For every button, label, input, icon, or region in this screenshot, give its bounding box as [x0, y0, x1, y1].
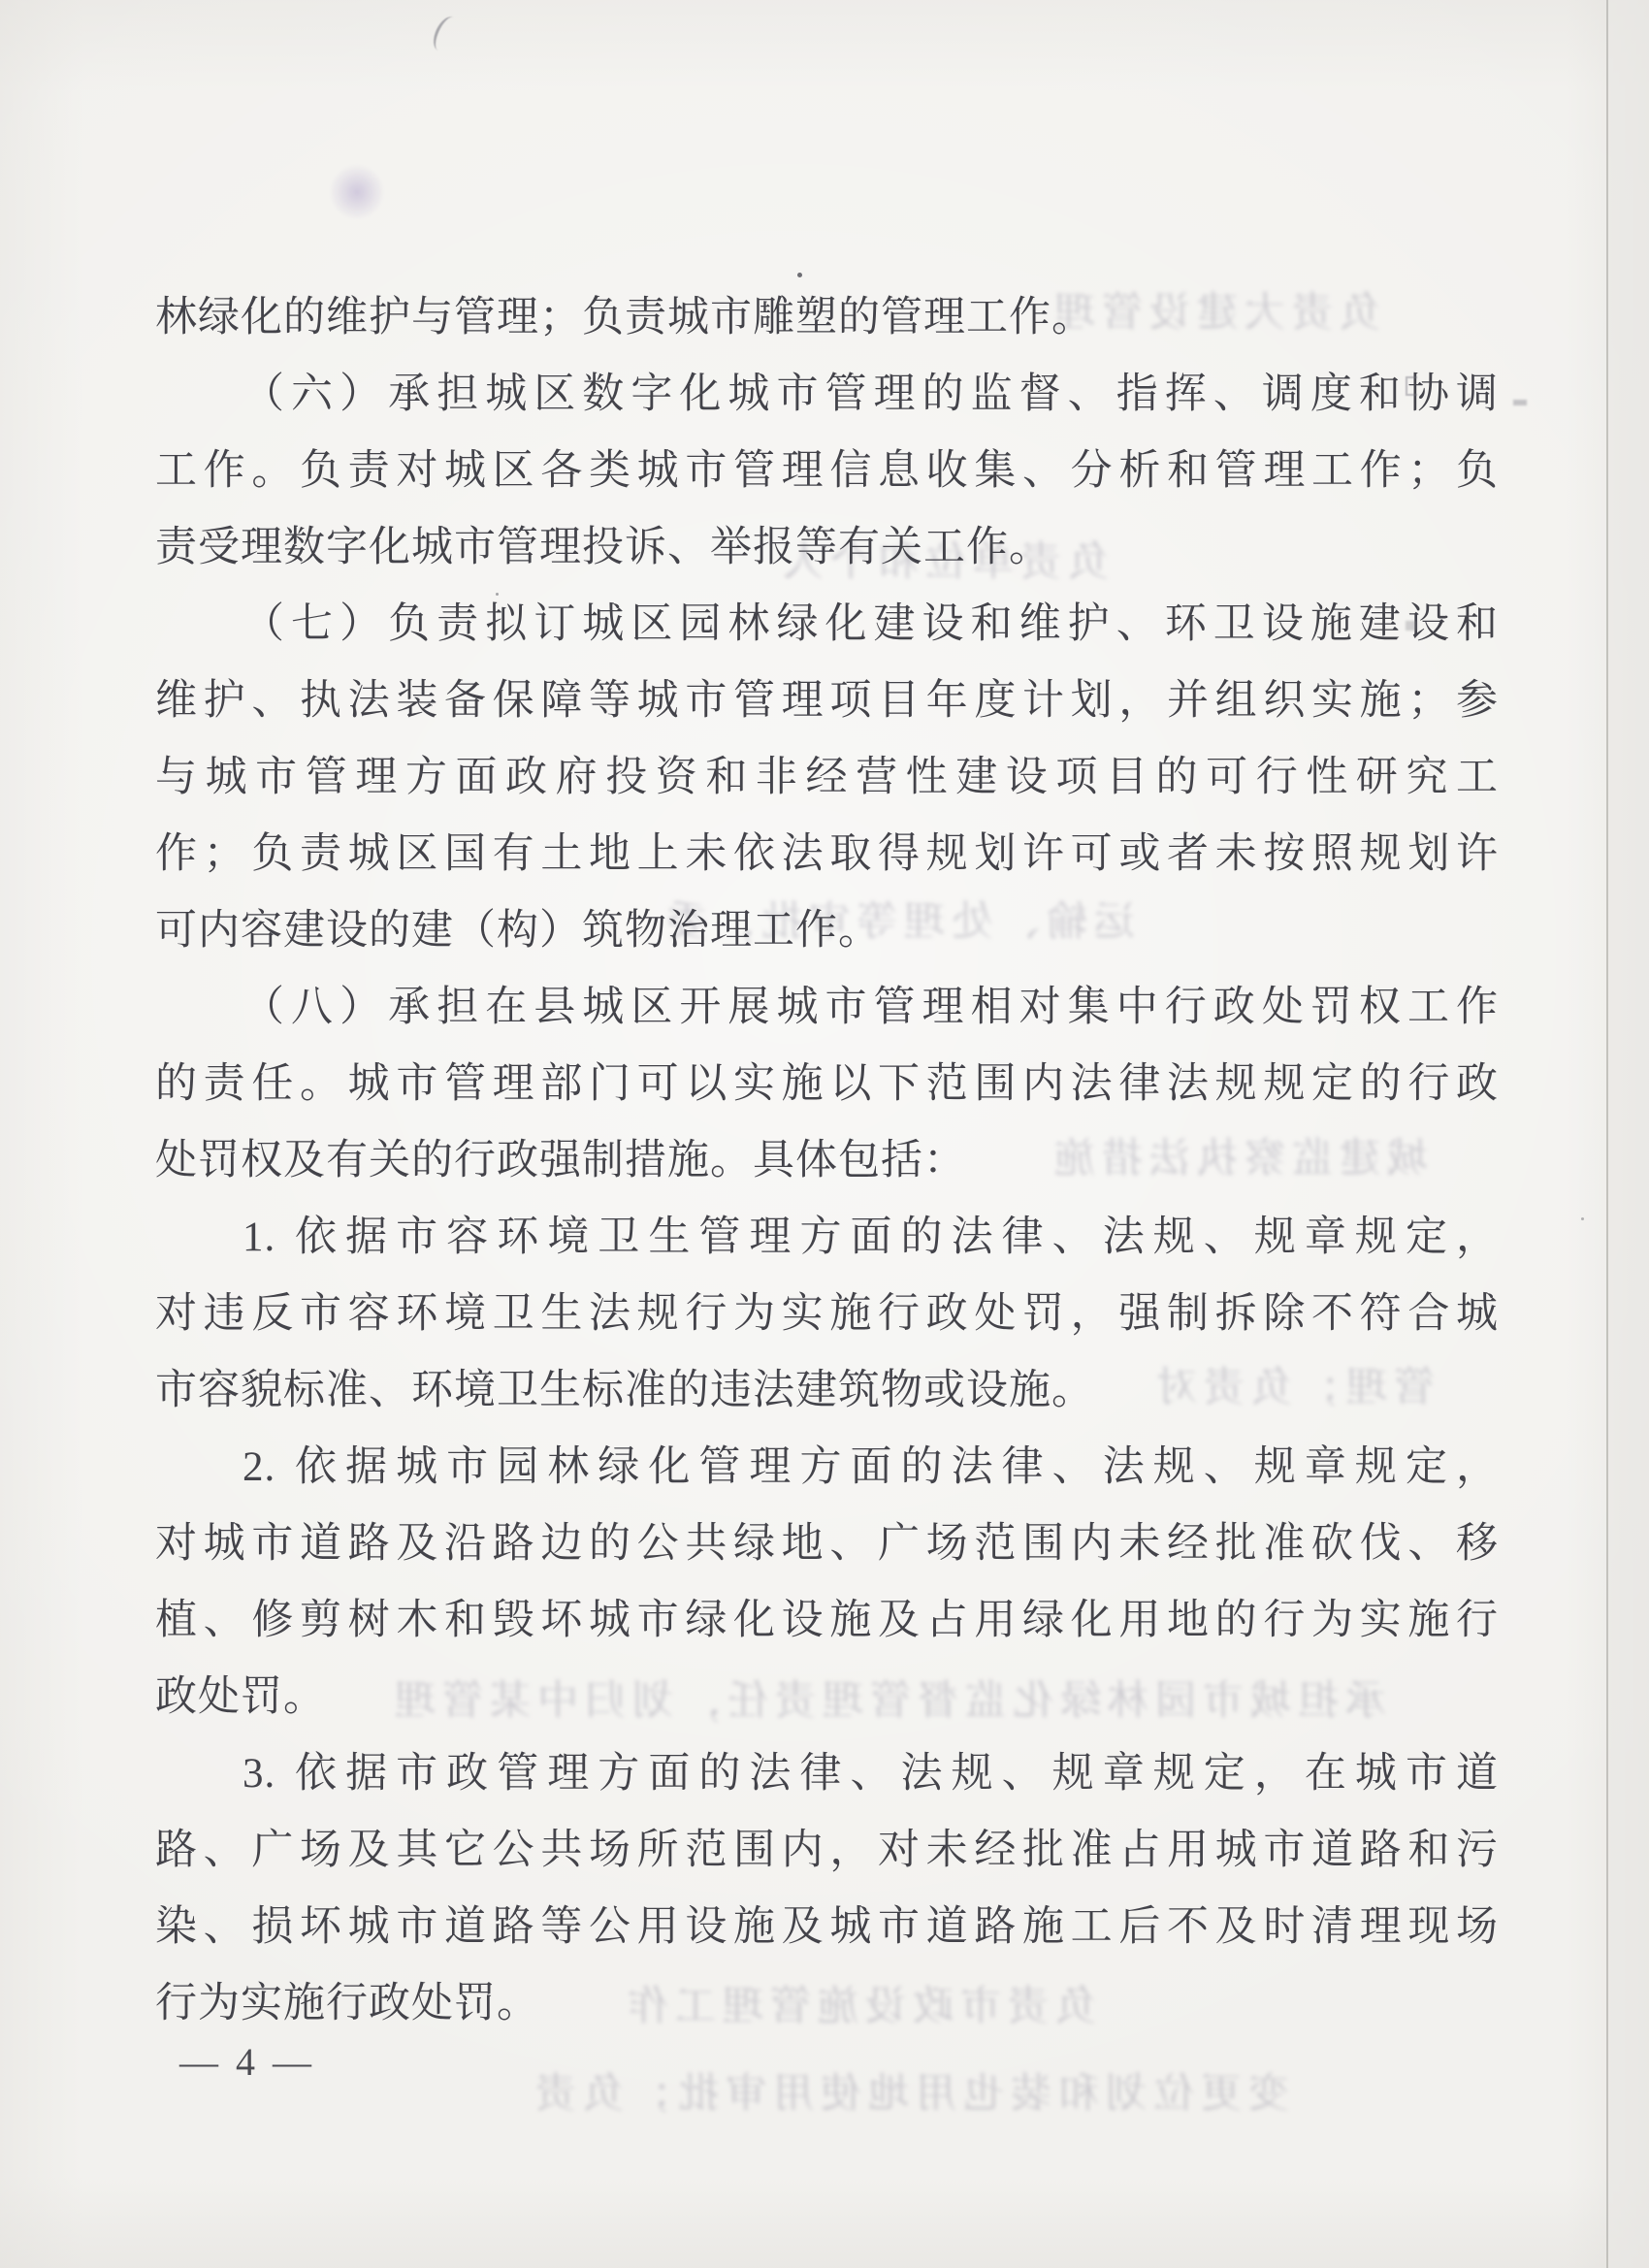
text-line: 植、修剪树木和毁坏城市绿化设施及占用绿化用地的行为实施行 — [155, 1582, 1499, 1659]
text-line: 作；负责城区国有土地上未依法取得规划许可或者未按照规划许 — [155, 816, 1499, 892]
text-line: 市容貌标准、环境卫生标准的违法建筑物或设施。 — [155, 1352, 1499, 1429]
text-line: （八）承担在县城区开展城市管理相对集中行政处罚权工作 — [155, 969, 1499, 1046]
text-line: 与城市管理方面政府投资和非经营性建设项目的可行性研究工 — [155, 739, 1499, 816]
text-line: 政处罚。 — [155, 1659, 1499, 1735]
paper-edge-shade — [1608, 0, 1649, 2268]
scan-speck — [797, 273, 802, 277]
text-line: 路、广场及其它公共场所范围内，对未经批准占用城市道路和污 — [155, 1812, 1499, 1889]
page-number: — 4 — — [179, 2043, 315, 2082]
scan-mark — [1513, 400, 1527, 405]
scan-mark — [1406, 621, 1417, 631]
scan-mark — [429, 13, 463, 54]
text-line: 3. 依据市政管理方面的法律、法规、规章规定，在城市道 — [155, 1735, 1499, 1812]
text-line: 对城市道路及沿路边的公共绿地、广场范围内未经批准砍伐、移 — [155, 1506, 1499, 1582]
scan-mark — [1406, 376, 1417, 396]
text-line: 对违反市容环境卫生法规行为实施行政处罚，强制拆除不符合城 — [155, 1276, 1499, 1352]
text-line: 1. 依据市容环境卫生管理方面的法律、法规、规章规定， — [155, 1199, 1499, 1276]
text-line: 处罚权及有关的行政强制措施。具体包括： — [155, 1122, 1499, 1199]
text-line: 2. 依据城市园林绿化管理方面的法律、法规、规章规定， — [155, 1429, 1499, 1506]
text-line: 工作。负责对城区各类城市管理信息收集、分析和管理工作；负 — [155, 433, 1499, 509]
text-line: 行为实施行政处罚。 — [155, 1965, 1499, 2042]
scan-speck — [1581, 1217, 1584, 1220]
text-line: 维护、执法装备保障等城市管理项目年度计划，并组织实施；参 — [155, 663, 1499, 739]
document-text: 林绿化的维护与管理；负责城市雕塑的管理工作。 （六）承担城区数字化城市管理的监督… — [155, 279, 1499, 2042]
text-line: （六）承担城区数字化城市管理的监督、指挥、调度和协调 — [155, 356, 1499, 433]
bleedthrough-text: 变更位划和装也用地使用审批；负责 — [529, 2072, 1289, 2117]
text-line: 林绿化的维护与管理；负责城市雕塑的管理工作。 — [155, 279, 1499, 356]
document-page: 负责大建设管理 负责单位和个人 运输、处理等审批，委 城建监察执法措施 管理；负… — [0, 0, 1649, 2268]
text-line: 的责任。城市管理部门可以实施以下范围内法律法规规定的行政 — [155, 1046, 1499, 1122]
text-line: （七）负责拟订城区园林绿化建设和维护、环卫设施建设和 — [155, 586, 1499, 663]
text-line: 染、损坏城市道路等公用设施及城市道路施工后不及时清理现场 — [155, 1889, 1499, 1965]
text-line: 可内容建设的建（构）筑物治理工作。 — [155, 892, 1499, 969]
scan-speck — [496, 593, 499, 596]
text-line: 责受理数字化城市管理投诉、举报等有关工作。 — [155, 509, 1499, 586]
scan-smudge — [330, 163, 384, 221]
